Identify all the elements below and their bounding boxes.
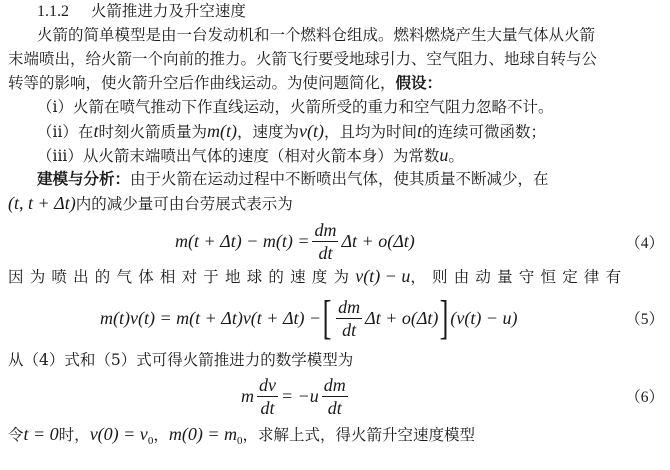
right-bracket: ] <box>440 294 449 342</box>
fraction: dm dt <box>322 374 348 419</box>
section-heading: 1.1.2 火箭推进力及升空速度 <box>37 1 246 22</box>
equation-number: （4） <box>625 231 664 253</box>
section-title: 火箭推进力及升空速度 <box>91 2 246 20</box>
assumption-heading: 假设： <box>396 73 443 92</box>
assumption-item: （ii）在t时刻火箭质量为m(t)，速度为v(t)，且均为时间t的连续可微函数； <box>37 121 546 142</box>
modeling-line: (t, t + Δt)内的减少量可由台劳展式表示为 <box>8 193 293 214</box>
paragraph-line: 转等的影响，使火箭升空后作曲线运动。为使问题简化，假设： <box>8 73 442 93</box>
equation-number: （5） <box>625 307 664 329</box>
equation-5: m(t)v(t) = m(t + Δt)v(t + Δt) − [ dm dt … <box>100 288 518 348</box>
equation-4: m(t + Δt) − m(t) = dm dt Δt + o(Δt) <box>175 216 415 266</box>
fraction: dm dt <box>312 219 338 264</box>
left-bracket: [ <box>323 294 332 342</box>
text-line: 令t = 0时，v(0) = v0，m(0) = m0，求解上式，得火箭升空速度… <box>8 424 475 451</box>
paragraph-line: 火箭的简单模型是由一台发动机和一个燃料仓组成。燃料燃烧产生大量气体从火箭 <box>37 25 595 45</box>
section-number: 1.1.2 <box>37 3 69 20</box>
interval-expression: (t, t + Δt) <box>8 193 76 213</box>
equation-number: （6） <box>625 385 664 407</box>
assumption-item: （iii）从火箭末端喷出气体的速度（相对火箭本身）为常数u。 <box>37 145 464 166</box>
fraction: dm dt <box>336 296 362 341</box>
modeling-heading: 建模与分析： <box>37 169 130 188</box>
fraction: dv dt <box>257 374 278 419</box>
text-line: 因为喷出的气体相对于地球的速度为v(t) − u，则由动量守恒定律有 <box>8 266 627 287</box>
equation-6: m dv dt = −u dm dt <box>241 370 351 422</box>
text-line: 从（4）式和（5）式可得火箭推进力的数学模型为 <box>8 350 353 370</box>
assumption-item: （i）火箭在喷气推动下作直线运动，火箭所受的重力和空气阻力忽略不计。 <box>37 97 553 117</box>
paragraph-line: 末端喷出，给火箭一个向前的推力。火箭飞行要受地球引力、空气阻力、地球自转与公 <box>8 49 597 69</box>
modeling-line: 建模与分析：由于火箭在运动过程中不断喷出气体，使其质量不断减少，在 <box>37 169 549 189</box>
